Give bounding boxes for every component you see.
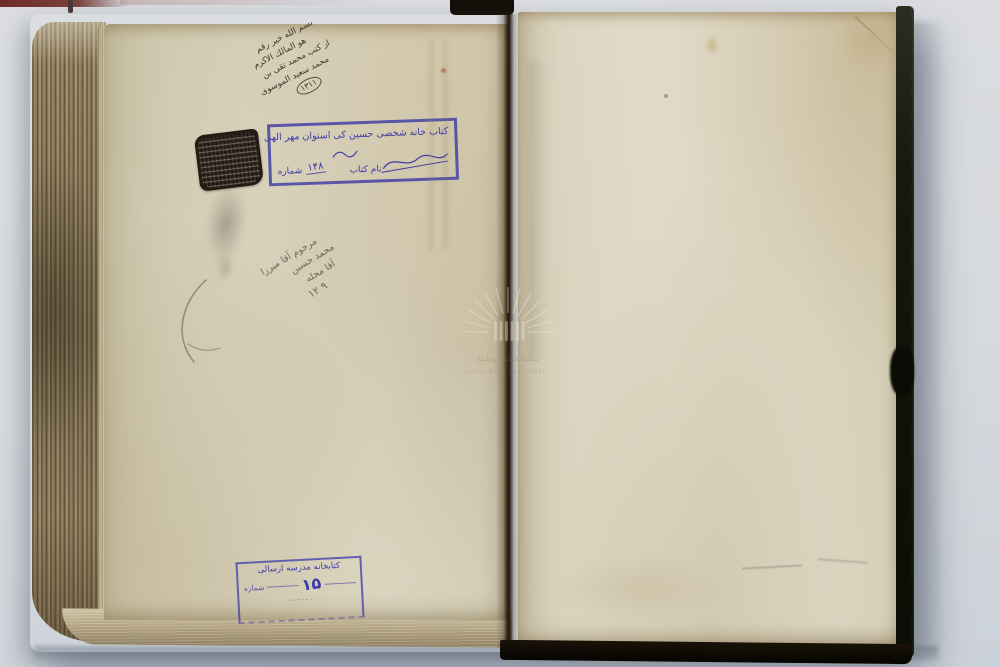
- rust-speck: [441, 68, 446, 73]
- cover-dark-blotch: [890, 346, 914, 396]
- stamp-title-line: كتابخانه مدرسه ارسالى: [241, 560, 357, 576]
- number-field-label: شماره: [277, 166, 302, 177]
- watermark-columns: [494, 321, 525, 341]
- fore-edge-page-stack: [32, 22, 106, 642]
- number-field-value: ۱۵: [301, 575, 323, 594]
- brown-speck: [664, 94, 668, 98]
- stamp-title-line: كتاب خانه شخصى حسين كى استوان مهر الهى: [276, 126, 448, 143]
- gutter-stain-streaks: [424, 40, 454, 250]
- right-page: [518, 12, 900, 648]
- right-cover-shadow: [912, 22, 944, 660]
- ruled-dash: [267, 585, 299, 588]
- bottom-center-stain: [556, 556, 726, 620]
- library-stamp-bottom: كتابخانه مدرسه ارسالى شماره ۱۵ ـ ـ ـ ـ ـ…: [235, 556, 364, 625]
- pencil-lines: مرحوم آقا ميرزا محمد حسين آقا محله ۹ ۱۲: [198, 227, 357, 354]
- watermark-arabic-text: مكتبة قطر الوطنية: [477, 354, 539, 363]
- photo-open-manuscript-book: بسم الله خير رقم هو المالك الاكرم از كتب…: [0, 0, 1000, 667]
- background-dark-line: [68, 0, 73, 13]
- seal-calligraphy-texture: [197, 132, 261, 189]
- pencil-inscription: مرحوم آقا ميرزا محمد حسين آقا محله ۹ ۱۲: [178, 246, 348, 376]
- library-watermark-logo: مكتبة قطر الوطنية QATAR NATIONAL LIBRARY: [447, 268, 569, 388]
- watermark-english-text: QATAR NATIONAL LIBRARY: [465, 369, 550, 375]
- book-name-field-label: نام كتاب: [349, 164, 381, 175]
- number-field-value: ۱۴۸: [305, 160, 327, 175]
- background-maroon-strip: [0, 0, 130, 7]
- spine-headband: [450, 0, 514, 15]
- ruled-dash: [324, 582, 356, 585]
- square-black-seal-stamp: [194, 128, 264, 191]
- bottom-cover-edge: [500, 640, 912, 664]
- number-field-label: شماره: [244, 582, 265, 592]
- tan-spot: [704, 34, 720, 56]
- background-pink-tint: [120, 0, 380, 5]
- right-cover-edge: [896, 6, 914, 658]
